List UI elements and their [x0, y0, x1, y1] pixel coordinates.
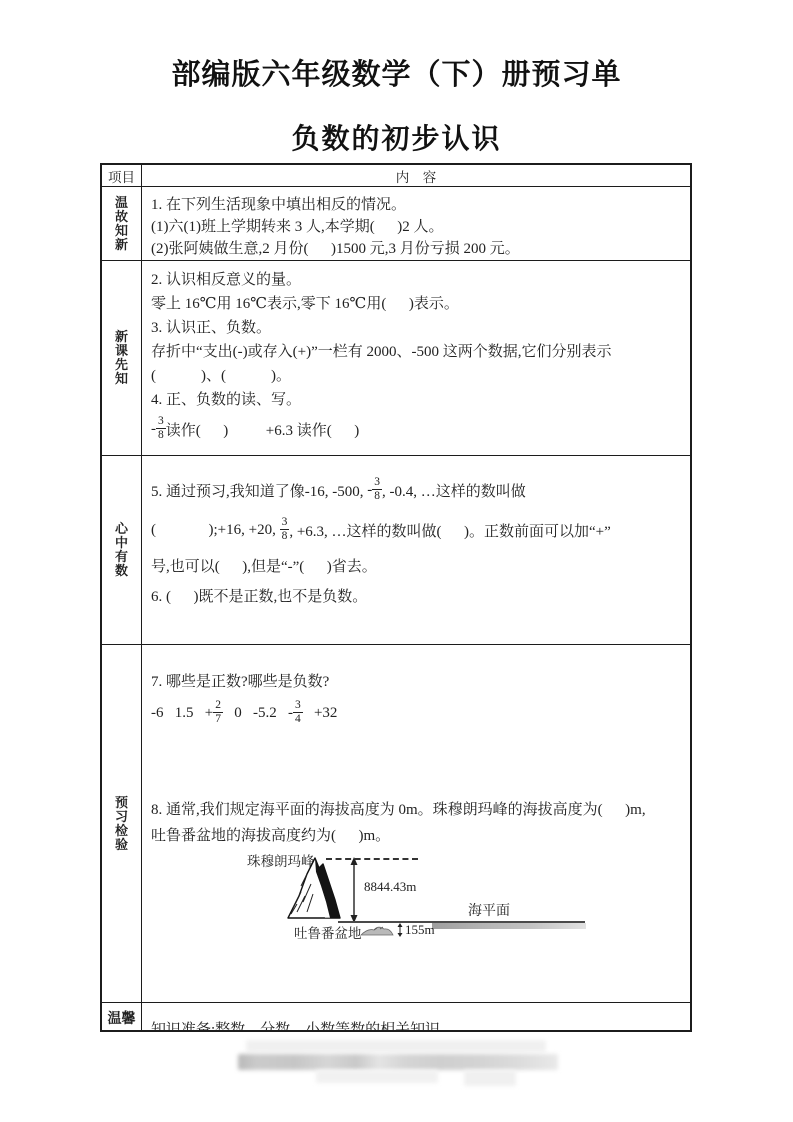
fraction: +27	[205, 700, 223, 725]
everest-height-value: 8844.43m	[364, 879, 416, 895]
watermark-smudge	[464, 1070, 516, 1086]
row-new-lesson-content: 2. 认识相反意义的量。零上 16℃用 16℃表示,零下 16℃用( )表示。3…	[142, 261, 690, 455]
row-know-numbers-label: 心中有数	[102, 456, 142, 644]
basin-depth-arrow-icon	[396, 923, 404, 937]
row-tips: 温馨 知识准备:整数、分数、小数等数的相关知识	[102, 1002, 690, 1032]
summit-dashed-line	[326, 858, 418, 860]
page-subtitle: 负数的初步认识	[0, 117, 793, 157]
fraction: -38	[367, 477, 382, 502]
watermark-smudge	[238, 1054, 558, 1070]
basin-label: 吐鲁番盆地	[294, 922, 362, 942]
row-review-content: 1. 在下列生活现象中填出相反的情况。(1)六(1)班上学期转来 3 人,本学期…	[142, 187, 690, 260]
row-new-lesson-label: 新课先知	[102, 261, 142, 455]
table-header-row: 项目 内 容	[102, 165, 690, 186]
worksheet-table: 项目 内 容 温故知新 1. 在下列生活现象中填出相反的情况。(1)六(1)班上…	[100, 163, 692, 1032]
page-title: 部编版六年级数学（下）册预习单	[0, 52, 793, 93]
fraction: 38	[280, 517, 290, 542]
watermark-smudge	[316, 1070, 438, 1083]
row-review: 温故知新 1. 在下列生活现象中填出相反的情况。(1)六(1)班上学期转来 3 …	[102, 186, 690, 260]
row-preview-check: 预习检验 7. 哪些是正数?哪些是负数?-6 1.5 +27 0 -5.2 -3…	[102, 644, 690, 1002]
row-new-lesson: 新课先知 2. 认识相反意义的量。零上 16℃用 16℃表示,零下 16℃用( …	[102, 260, 690, 455]
height-arrow-icon	[348, 857, 360, 923]
row-know-numbers-content: 5. 通过预习,我知道了像-16, -500, -38, -0.4, …这样的数…	[142, 456, 690, 644]
header-content-cell: 内 容	[142, 165, 690, 186]
basin-hill-icon	[360, 924, 394, 936]
sea-level-band	[432, 923, 586, 929]
row-know-numbers: 心中有数 5. 通过预习,我知道了像-16, -500, -38, -0.4, …	[102, 455, 690, 644]
fraction: -38	[151, 416, 166, 441]
header-item-cell: 项目	[102, 165, 142, 186]
sea-level-label: 海平面	[468, 900, 510, 920]
row-tips-content: 知识准备:整数、分数、小数等数的相关知识	[142, 1003, 690, 1032]
row-review-label: 温故知新	[102, 187, 142, 260]
row-preview-check-content: 7. 哪些是正数?哪些是负数?-6 1.5 +27 0 -5.2 -34 +32…	[142, 645, 690, 1002]
watermark-smudge	[246, 1040, 546, 1052]
fraction: -34	[288, 700, 303, 725]
mountain-icon	[285, 856, 345, 920]
elevation-diagram: 珠穆朗玛峰 8844.43m 海平面 吐鲁番盆地	[142, 847, 690, 947]
row-preview-check-label: 预习检验	[102, 645, 142, 1002]
basin-depth-value: 155m	[405, 922, 435, 938]
row-tips-label: 温馨	[102, 1003, 142, 1032]
